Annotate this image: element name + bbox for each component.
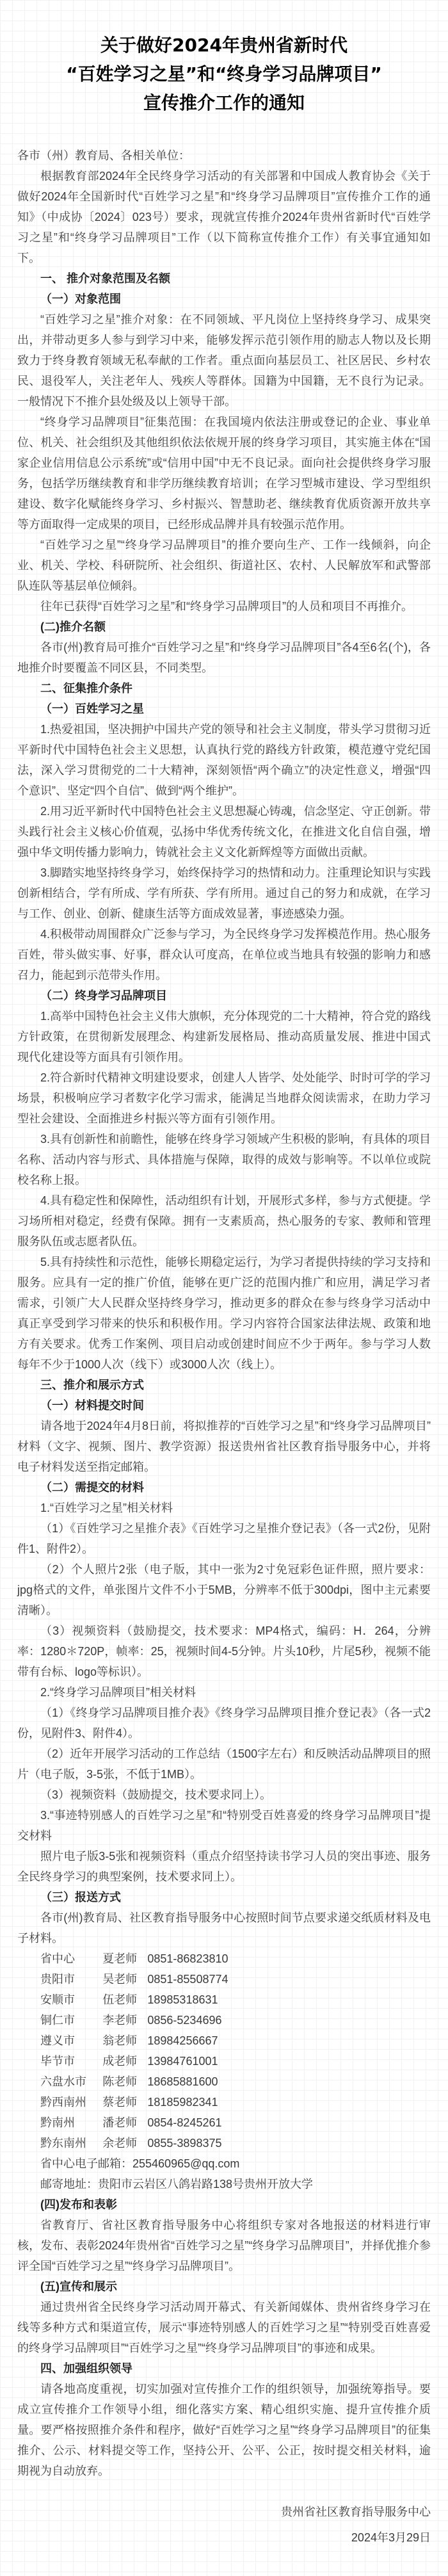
contact-row: 安顺市伍老师18985318631 <box>17 1989 431 2010</box>
paragraph: 2.“终身学习品牌项目”相关材料 <box>17 1682 431 1703</box>
paragraph: 各市(州)教育局、社区教育指导服务中心按照时间节点要求递交纸质材料及电子材料。 <box>17 1908 431 1948</box>
contact-person: 成老师 <box>102 2051 147 2071</box>
contact-person: 陈老师 <box>102 2071 147 2092</box>
paragraph: 省中心电子邮箱：255460965@qq.com <box>17 2153 431 2174</box>
paragraph: 1.“百姓学习之星”相关材料 <box>17 1498 431 1518</box>
section-heading: （二）终身学习品牌项目 <box>17 985 431 1006</box>
contact-region: 遵义市 <box>40 2030 102 2051</box>
contact-row: 铜仁市李老师0856-5234696 <box>17 2010 431 2030</box>
paragraph: （1）《终身学习品牌项目推介表》《终身学习品牌项目推介登记表》（各一式2份，见附… <box>17 1703 431 1744</box>
section-heading: 二、征集推介条件 <box>17 678 431 699</box>
paragraph: （2）个人照片2张（电子版，其中一张为2寸免冠彩色证件照，照片要求：jpg格式的… <box>17 1559 431 1621</box>
contact-row: 遵义市翁老师18984256667 <box>17 2030 431 2051</box>
contact-row: 省中心夏老师0851-86823810 <box>17 1948 431 1969</box>
notice-title-line-3: 宣传推介工作的通知 <box>17 88 431 117</box>
section-heading: (四)发布和表彰 <box>17 2194 431 2215</box>
contact-row: 贵阳市吴老师0851-85508774 <box>17 1969 431 1989</box>
contact-phone: 0855-3898375 <box>147 2137 221 2150</box>
paragraph: 往年已获得“百姓学习之星”和“终身学习品牌项目”的人员和项目不再推介。 <box>17 596 431 617</box>
paragraph: 4.具有稳定性和保障性，活动组织有计划，开展形式多样，参与方式便捷。学习场所相对… <box>17 1190 431 1252</box>
contact-row: 黔西南州蔡老师18185982341 <box>17 2092 431 2112</box>
contact-person: 伍老师 <box>102 1989 147 2010</box>
paragraph: 2.符合新时代精神文明建设要求，创建人人皆学、处处能学、时时可学的学习场景，积极… <box>17 1067 431 1129</box>
paragraph: 请各地于2024年4月8日前，将拟推荐的“百姓学习之星”和“终身学习品牌项目”材… <box>17 1416 431 1477</box>
section-heading: 一、 推介对象范围及名额 <box>17 268 431 289</box>
contact-person: 夏老师 <box>102 1948 147 1969</box>
contact-region: 黔东南州 <box>40 2133 102 2153</box>
salutation: 各市（州）教育局、各相关单位： <box>17 145 431 166</box>
notice-title: 关于做好2024年贵州省新时代 “百姓学习之星”和“终身学习品牌项目” 宣传推介… <box>17 31 431 117</box>
contact-region: 贵阳市 <box>40 1969 102 1989</box>
contact-person: 李老师 <box>102 2010 147 2030</box>
section-heading: （三）报送方式 <box>17 1887 431 1908</box>
contact-region: 安顺市 <box>40 1989 102 2010</box>
paragraph: 请各地高度重视，切实加强对宣传推介工作的组织领导，加强统筹指导。要成立宣传推介工… <box>17 2379 431 2481</box>
paragraph: 1.热爱祖国，坚决拥护中国共产党的领导和社会主义制度，带头学习贯彻习近平新时代中… <box>17 719 431 801</box>
paragraph: 2.用习近平新时代中国特色社会主义思想凝心铸魂，信念坚定、守正创新。带头践行社会… <box>17 801 431 863</box>
document-body: 根据教育部2024年全民终身学习活动的有关部署和中国成人教育协会《关于做好202… <box>17 166 431 2481</box>
paragraph: “终身学习品牌项目”征集范围：在我国境内依法注册或登记的企业、事业单位、机关、社… <box>17 412 431 535</box>
section-heading: （一）材料提交时间 <box>17 1395 431 1416</box>
contact-person: 余老师 <box>102 2133 147 2153</box>
paragraph: “百姓学习之星”推介对象：在不同领域、平凡岗位上坚持终身学习、成果突出，并带动更… <box>17 309 431 412</box>
paragraph: 各市(州)教育局可推介“百姓学习之星”和“终身学习品牌项目”各4至6名(个)，各… <box>17 637 431 678</box>
paragraph: 3.“事迹特别感人的百姓学习之星”和“特别受百姓喜爱的终身学习品牌项目”提交材料 <box>17 1805 431 1846</box>
paragraph: （3）视频资料（鼓励提交，技术要求同上）。 <box>17 1785 431 1805</box>
contact-phone: 18185982341 <box>147 2096 218 2109</box>
section-heading: (二)推介名额 <box>17 617 431 637</box>
notice-title-line-1: 关于做好2024年贵州省新时代 <box>17 31 431 60</box>
notice-document: 关于做好2024年贵州省新时代 “百姓学习之星”和“终身学习品牌项目” 宣传推介… <box>0 0 448 2576</box>
section-heading: 三、推介和展示方式 <box>17 1375 431 1395</box>
signature-date: 2024年3月29日 <box>17 2525 431 2550</box>
contact-phone: 0854-8245261 <box>147 2116 221 2129</box>
contact-row: 六盘水市陈老师18685881600 <box>17 2071 431 2092</box>
paragraph: 3.脚踏实地坚持终身学习，始终保持学习的热情和动力。注重理论知识与实践创新相结合… <box>17 863 431 924</box>
contact-row: 黔南州潘老师0854-8245261 <box>17 2112 431 2133</box>
page: { "page": { "background_color": "#ffffff… <box>0 0 448 2576</box>
contact-region: 铜仁市 <box>40 2010 102 2030</box>
contact-region: 黔西南州 <box>40 2092 102 2112</box>
paragraph: 根据教育部2024年全民终身学习活动的有关部署和中国成人教育协会《关于做好202… <box>17 166 431 268</box>
contact-region: 毕节市 <box>40 2051 102 2071</box>
contact-phone: 0851-85508774 <box>147 1973 228 1986</box>
section-heading: 四、加强组织领导 <box>17 2358 431 2379</box>
contact-phone: 13984761001 <box>147 2055 218 2068</box>
section-heading: （一）百姓学习之星 <box>17 699 431 719</box>
contact-region: 省中心 <box>40 1948 102 1969</box>
paragraph: 3.具有创新性和前瞻性，能够在终身学习领域产生积极的影响，有具体的项目名称、活动… <box>17 1129 431 1190</box>
contact-person: 潘老师 <box>102 2112 147 2133</box>
paragraph: 1.高举中国特色社会主义伟大旗帜，充分体现党的二十大精神，符合党的路线方针政策，… <box>17 1006 431 1067</box>
contact-phone: 18984256667 <box>147 2034 218 2047</box>
section-heading: (五)宣传和展示 <box>17 2276 431 2297</box>
contact-region: 黔南州 <box>40 2112 102 2133</box>
contact-person: 吴老师 <box>102 1969 147 1989</box>
paragraph: 5.具有持续性和示范性，能够长期稳定运行，为学习者提供持续的学习支持和服务。应具… <box>17 1252 431 1375</box>
contact-phone: 0856-5234696 <box>147 2014 221 2027</box>
contact-row: 黔东南州余老师0855-3898375 <box>17 2133 431 2153</box>
paragraph: “百姓学习之星”“终身学习品牌项目”的推介要向生产、工作一线倾斜，向企业、机关、… <box>17 535 431 596</box>
contact-row: 毕节市成老师13984761001 <box>17 2051 431 2071</box>
paragraph: 照片电子版3-5张和视频资料（重点介绍坚持读书学习人员的突出事迹、服务全民终身学… <box>17 1846 431 1887</box>
paragraph: （1）《百姓学习之星推介表》《百姓学习之星推介登记表》（各一式2份，见附件1、附… <box>17 1518 431 1559</box>
contact-phone: 0851-86823810 <box>147 1952 228 1965</box>
contact-person: 蔡老师 <box>102 2092 147 2112</box>
signature-org: 贵州省社区教育指导服务中心 <box>17 2499 431 2525</box>
notice-title-line-2: “百姓学习之星”和“终身学习品牌项目” <box>17 60 431 88</box>
paragraph: （2）近年开展学习活动的工作总结（1500字左右）和反映活动品牌项目的照片（电子… <box>17 1744 431 1785</box>
paragraph: 通过贵州省全民终身学习活动周开幕式、有关新闻媒体、贵州省终身学习在线等多种方式和… <box>17 2297 431 2358</box>
paragraph: 4.积极带动周围群众广泛参与学习，为全民终身学习发挥模范作用。热心服务百姓，带头… <box>17 924 431 985</box>
contact-phone: 18985318631 <box>147 1993 218 2006</box>
contact-region: 六盘水市 <box>40 2071 102 2092</box>
contact-phone: 18685881600 <box>147 2075 218 2088</box>
section-heading: （二）需提交的材料 <box>17 1477 431 1498</box>
paragraph: 省教育厅、省社区教育指导服务中心将组织专家对各地报送的材料进行审核，发布、表彰2… <box>17 2215 431 2276</box>
section-heading: （一）对象范围 <box>17 289 431 309</box>
contact-person: 翁老师 <box>102 2030 147 2051</box>
paragraph: 邮寄地址：贵阳市云岩区八鸽岩路138号贵州开放大学 <box>17 2174 431 2194</box>
closing-block: 贵州省社区教育指导服务中心 2024年3月29日 <box>17 2499 431 2550</box>
paragraph: （3）视频资料（鼓励提交，技术要求：MP4格式，编码：H．264，分辨率：128… <box>17 1621 431 1682</box>
